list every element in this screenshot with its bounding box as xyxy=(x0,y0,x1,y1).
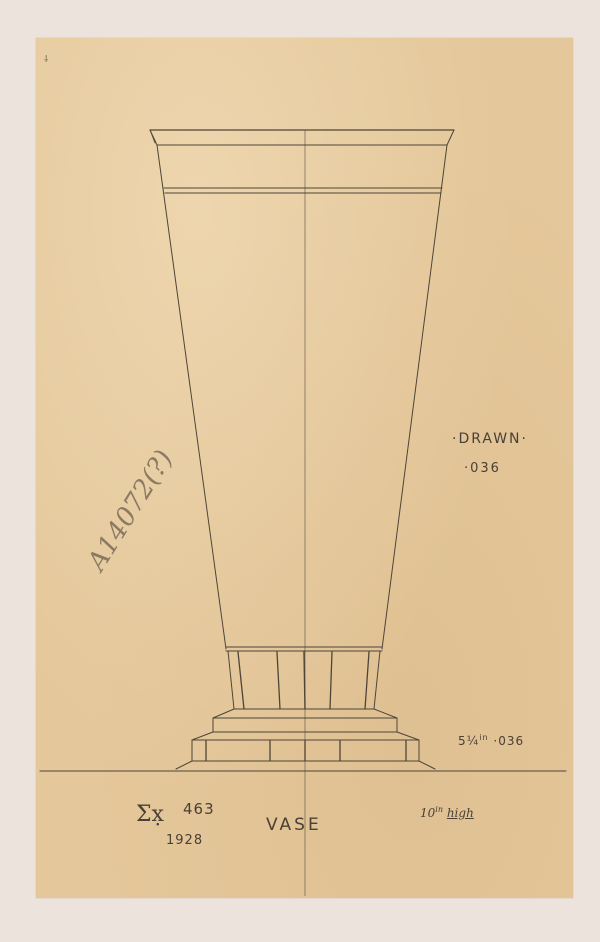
maker-mark-glyph: Σx̣ xyxy=(136,802,164,827)
vase-drawing xyxy=(0,0,600,942)
dimension-code: ·036 xyxy=(493,734,524,748)
design-year: 1928 xyxy=(166,833,203,848)
vase-base-lower-step xyxy=(176,732,435,769)
drawn-label: ·DRAWN· xyxy=(452,431,528,447)
dimension-value: 5¼ xyxy=(458,734,479,748)
height-unit: in xyxy=(435,805,443,814)
maker-mark-number: 463 xyxy=(183,800,215,818)
vase-fluted-band xyxy=(228,651,380,709)
corner-tick-icon: ⸸ xyxy=(44,52,48,65)
height-word: high xyxy=(447,806,474,820)
height-value: 10 xyxy=(420,806,435,820)
title-text: VASE xyxy=(266,815,322,835)
vase-rim xyxy=(150,130,454,145)
drawing-title: VASE xyxy=(266,815,322,835)
height-note: 10in high xyxy=(420,805,474,820)
base-dimension: 5¼in ·036 xyxy=(458,733,524,748)
vase-body xyxy=(157,145,447,651)
dimension-unit: in xyxy=(479,733,488,742)
drawn-code: ·036 xyxy=(464,461,501,476)
vase-upper-band xyxy=(164,188,442,193)
